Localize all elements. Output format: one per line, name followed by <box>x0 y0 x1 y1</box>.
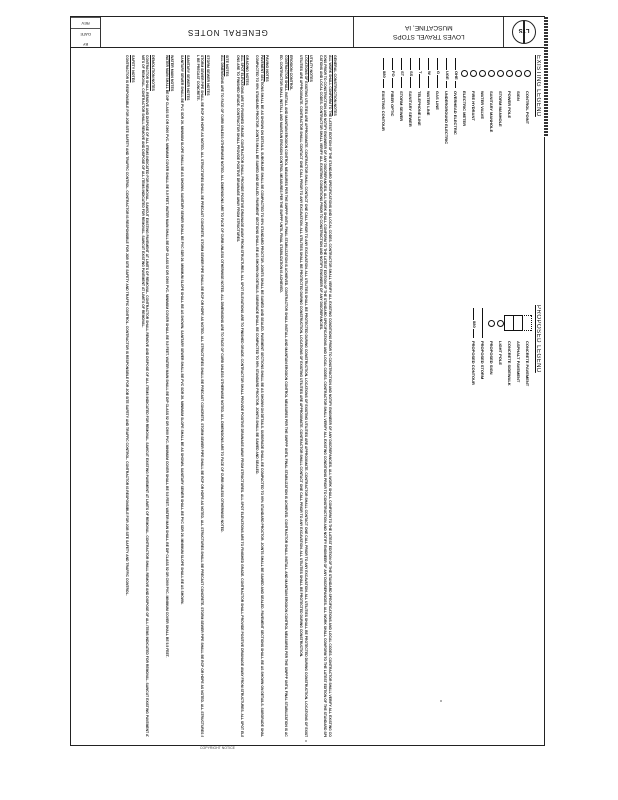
legend-label: EXISTING CONTOUR <box>381 91 386 131</box>
note-block: EROSION CONTROLCONTRACTOR SHALL INSTALL … <box>279 55 293 737</box>
legend-label: WATER LINE <box>426 91 431 115</box>
legend-label: POWER POLE <box>507 91 512 118</box>
legend-item: STSTORM SEWER <box>397 55 406 275</box>
proposed-legend: PROPOSED LEGEND CONCRETE PAVEMENTASPHALT… <box>341 305 541 525</box>
point-symbol-icon <box>488 305 495 341</box>
legend-item: CONCRETE SIDEWALK <box>505 305 514 525</box>
legend-label: STORM MANHOLE <box>498 91 503 127</box>
legend-item: FIRE HYDRANT <box>469 55 478 275</box>
note-block: SAFETY NOTESCONTRACTOR IS RESPONSIBLE FO… <box>125 55 135 737</box>
note-text: WATER MAIN SHALL BE DIP CLASS 52 OR C900… <box>165 55 169 737</box>
note-heading: SANITARY SEWER NOTES <box>185 55 189 737</box>
revision-cell: DATE <box>71 28 100 39</box>
notes-column: STORM SEWER NOTESSTORM SEWER PIPE SHALL … <box>159 55 210 737</box>
scan-speck <box>305 740 307 742</box>
notes-area: GENERAL CONSTRUCTION NOTESALL WORK SHALL… <box>77 55 337 737</box>
note-block: UTILITY NOTESLOCATIONS OF EXISTING UTILI… <box>299 55 313 737</box>
point-symbol-icon <box>488 55 495 91</box>
company-logo-icon: LTS <box>512 20 536 44</box>
legend-label: PROPOSED SIGN <box>489 341 494 375</box>
legend-item: SANITARY MANHOLE <box>487 55 496 275</box>
note-heading: SAFETY NOTES <box>130 55 134 737</box>
legend-label: SANITARY MANHOLE <box>489 91 494 132</box>
legend-item: PROPOSED STORM <box>478 305 487 525</box>
point-symbol-icon <box>524 55 531 91</box>
legend-item: LIGHT POLE <box>496 305 505 525</box>
notes-column: GENERAL CONSTRUCTION NOTESALL WORK SHALL… <box>273 55 337 737</box>
project-name: LOVES TRAVEL STOPS <box>393 32 465 41</box>
revision-cell: REV <box>71 17 100 28</box>
line-symbol-icon: ST <box>401 55 403 91</box>
note-heading: PAVING NOTES <box>265 55 269 737</box>
note-block: DEMOLITION NOTESCONTRACTOR SHALL REMOVE … <box>141 55 155 737</box>
line-symbol-icon: 880 <box>383 55 385 91</box>
line-symbol-icon: SS <box>410 55 412 91</box>
legend-label: PROPOSED STORM <box>480 341 485 379</box>
note-heading: WATER MAIN NOTES <box>170 55 174 737</box>
legend-label: SIGN <box>516 91 521 101</box>
note-text: LOCATIONS OF EXISTING UTILITIES ARE APPR… <box>299 55 308 737</box>
note-block: SITE NOTESALL DIMENSIONS ARE TO FACE OF … <box>220 55 230 737</box>
legend-item: PROPOSED SIGN <box>487 305 496 525</box>
note-heading: GRADING NOTES <box>245 55 249 737</box>
line-symbol-icon <box>482 305 484 341</box>
drawing-sheet: REV DATE BY GENERAL NOTES MUSCATINE, IA … <box>70 16 545 746</box>
footer-text: COPYRIGHT NOTICE <box>200 746 235 750</box>
scan-speck <box>440 700 442 702</box>
note-text: ALL WORK SHALL CONFORM TO THE LATEST EDI… <box>319 55 332 737</box>
legend-item: POWER POLE <box>505 55 514 275</box>
revision-block: REV DATE BY <box>71 17 101 47</box>
legend-label: CONCRETE SIDEWALK <box>507 341 512 386</box>
note-text: ALL SPOT ELEVATIONS ARE TO FINISHED GRAD… <box>235 55 244 737</box>
line-symbol-icon: T <box>419 55 421 91</box>
legend-item: CONCRETE PAVEMENT <box>523 305 532 525</box>
legend-label: CONTROL POINT <box>525 91 530 124</box>
note-block: STORM SEWER NOTESSTORM SEWER PIPE SHALL … <box>196 55 210 737</box>
legend-label: SANITARY SEWER <box>408 91 413 127</box>
note-heading: UTILITY NOTES <box>309 55 313 737</box>
legend-item: GGAS LINE <box>433 55 442 275</box>
line-symbol-icon: FO <box>392 55 394 91</box>
sheet-title-cell: GENERAL NOTES <box>101 17 354 47</box>
legend-item: FOFIBER OPTIC <box>388 55 397 275</box>
note-heading: DEMOLITION NOTES <box>150 55 154 737</box>
note-block: GRADING NOTESALL SPOT ELEVATIONS ARE TO … <box>235 55 249 737</box>
project-location: MUSCATINE, IA <box>405 23 453 32</box>
note-text: STORM SEWER PIPE SHALL BE RCP OR HDPE AS… <box>196 55 205 737</box>
notes-column: DEMOLITION NOTESCONTRACTOR SHALL REMOVE … <box>119 55 154 737</box>
note-block: SANITARY SEWER NOTESSANITARY SEWER SHALL… <box>180 55 190 737</box>
project-cell: MUSCATINE, IA LOVES TRAVEL STOPS <box>354 17 504 47</box>
point-symbol-icon <box>506 55 513 91</box>
sheet-body: EXISTING LEGEND CONTROL POINTSIGNPOWER P… <box>71 47 544 745</box>
line-symbol-icon: UGE <box>446 55 448 91</box>
note-heading: EROSION CONTROL <box>289 55 293 737</box>
legend-label: OVERHEAD ELECTRIC <box>453 91 458 135</box>
sheet-title: GENERAL NOTES <box>187 28 268 37</box>
notes-column: PAVING NOTESPAVEMENT SECTIONS SHALL BE A… <box>214 55 269 737</box>
existing-legend-title: EXISTING LEGEND <box>535 55 541 275</box>
legend-item: UGEUNDERGROUND ELECTRIC <box>442 55 451 275</box>
legend-label: ELECTRIC METER <box>462 91 467 126</box>
side-text-strip <box>544 17 548 137</box>
line-symbol-icon: G <box>437 55 439 91</box>
legend-item: TTELEPHONE LINE <box>415 55 424 275</box>
hatch-box-icon <box>505 305 515 341</box>
note-text: SANITARY SEWER SHALL BE PVC SDR 26. MINI… <box>180 55 184 737</box>
legend-item: 880PROPOSED CONTOUR <box>469 305 478 525</box>
legend-label: STORM SEWER <box>399 91 404 121</box>
legend-item: SIGN <box>514 55 523 275</box>
note-text: PAVEMENT SECTIONS SHALL BE AS SHOWN ON D… <box>255 55 264 737</box>
hatch-box-icon <box>523 305 533 341</box>
legend-label: PROPOSED CONTOUR <box>471 341 476 385</box>
note-text: CONTRACTOR SHALL INSTALL AND MAINTAIN ER… <box>279 55 288 737</box>
title-block: REV DATE BY GENERAL NOTES MUSCATINE, IA … <box>71 17 544 48</box>
existing-legend: EXISTING LEGEND CONTROL POINTSIGNPOWER P… <box>341 55 541 275</box>
legend-item: 880EXISTING CONTOUR <box>379 55 388 275</box>
legend-item: STORM MANHOLE <box>496 55 505 275</box>
legend-item: ASPHALT PAVEMENT <box>514 305 523 525</box>
proposed-legend-title: PROPOSED LEGEND <box>535 305 541 525</box>
legend-label: ASPHALT PAVEMENT <box>516 341 521 382</box>
legend-label: FIRE HYDRANT <box>471 91 476 121</box>
legend-item: WWATER LINE <box>424 55 433 275</box>
legend-label: UNDERGROUND ELECTRIC <box>444 91 449 144</box>
line-symbol-icon: 880 <box>473 305 475 341</box>
logo-cell: LTS <box>504 17 544 47</box>
hatch-box-icon <box>514 305 524 341</box>
point-symbol-icon <box>497 55 504 91</box>
note-block: GENERAL CONSTRUCTION NOTESALL WORK SHALL… <box>319 55 337 737</box>
note-block: PAVING NOTESPAVEMENT SECTIONS SHALL BE A… <box>255 55 269 737</box>
legend-label: LIGHT POLE <box>498 341 503 365</box>
legend-label: TELEPHONE LINE <box>417 91 422 126</box>
legend-column: EXISTING LEGEND CONTROL POINTSIGNPOWER P… <box>341 55 541 737</box>
note-heading: STORM SEWER NOTES <box>205 55 209 737</box>
point-symbol-icon <box>479 55 486 91</box>
note-block: WATER MAIN NOTESWATER MAIN SHALL BE DIP … <box>165 55 175 737</box>
legend-item: WATER VALVE <box>478 55 487 275</box>
legend-item: OHEOVERHEAD ELECTRIC <box>451 55 460 275</box>
legend-item: ELECTRIC METER <box>460 55 469 275</box>
note-text: CONTRACTOR SHALL REMOVE AND DISPOSE OF A… <box>141 55 150 737</box>
line-symbol-icon: OHE <box>455 55 457 91</box>
point-symbol-icon <box>497 305 504 341</box>
point-symbol-icon <box>515 55 522 91</box>
line-symbol-icon: W <box>428 55 430 91</box>
point-symbol-icon <box>470 55 477 91</box>
legend-item: SSSANITARY SEWER <box>406 55 415 275</box>
note-text: CONTRACTOR IS RESPONSIBLE FOR JOB SITE S… <box>125 55 129 737</box>
note-heading: SITE NOTES <box>225 55 229 737</box>
legend-item: CONTROL POINT <box>523 55 532 275</box>
note-text: ALL DIMENSIONS ARE TO FACE OF CURB UNLES… <box>220 55 224 737</box>
note-heading: GENERAL CONSTRUCTION NOTES <box>333 55 337 737</box>
legend-label: CONCRETE PAVEMENT <box>525 341 530 386</box>
legend-label: FIBER OPTIC <box>390 91 395 116</box>
point-symbol-icon <box>461 55 468 91</box>
legend-label: WATER VALVE <box>480 91 485 119</box>
legend-label: GAS LINE <box>435 91 440 110</box>
